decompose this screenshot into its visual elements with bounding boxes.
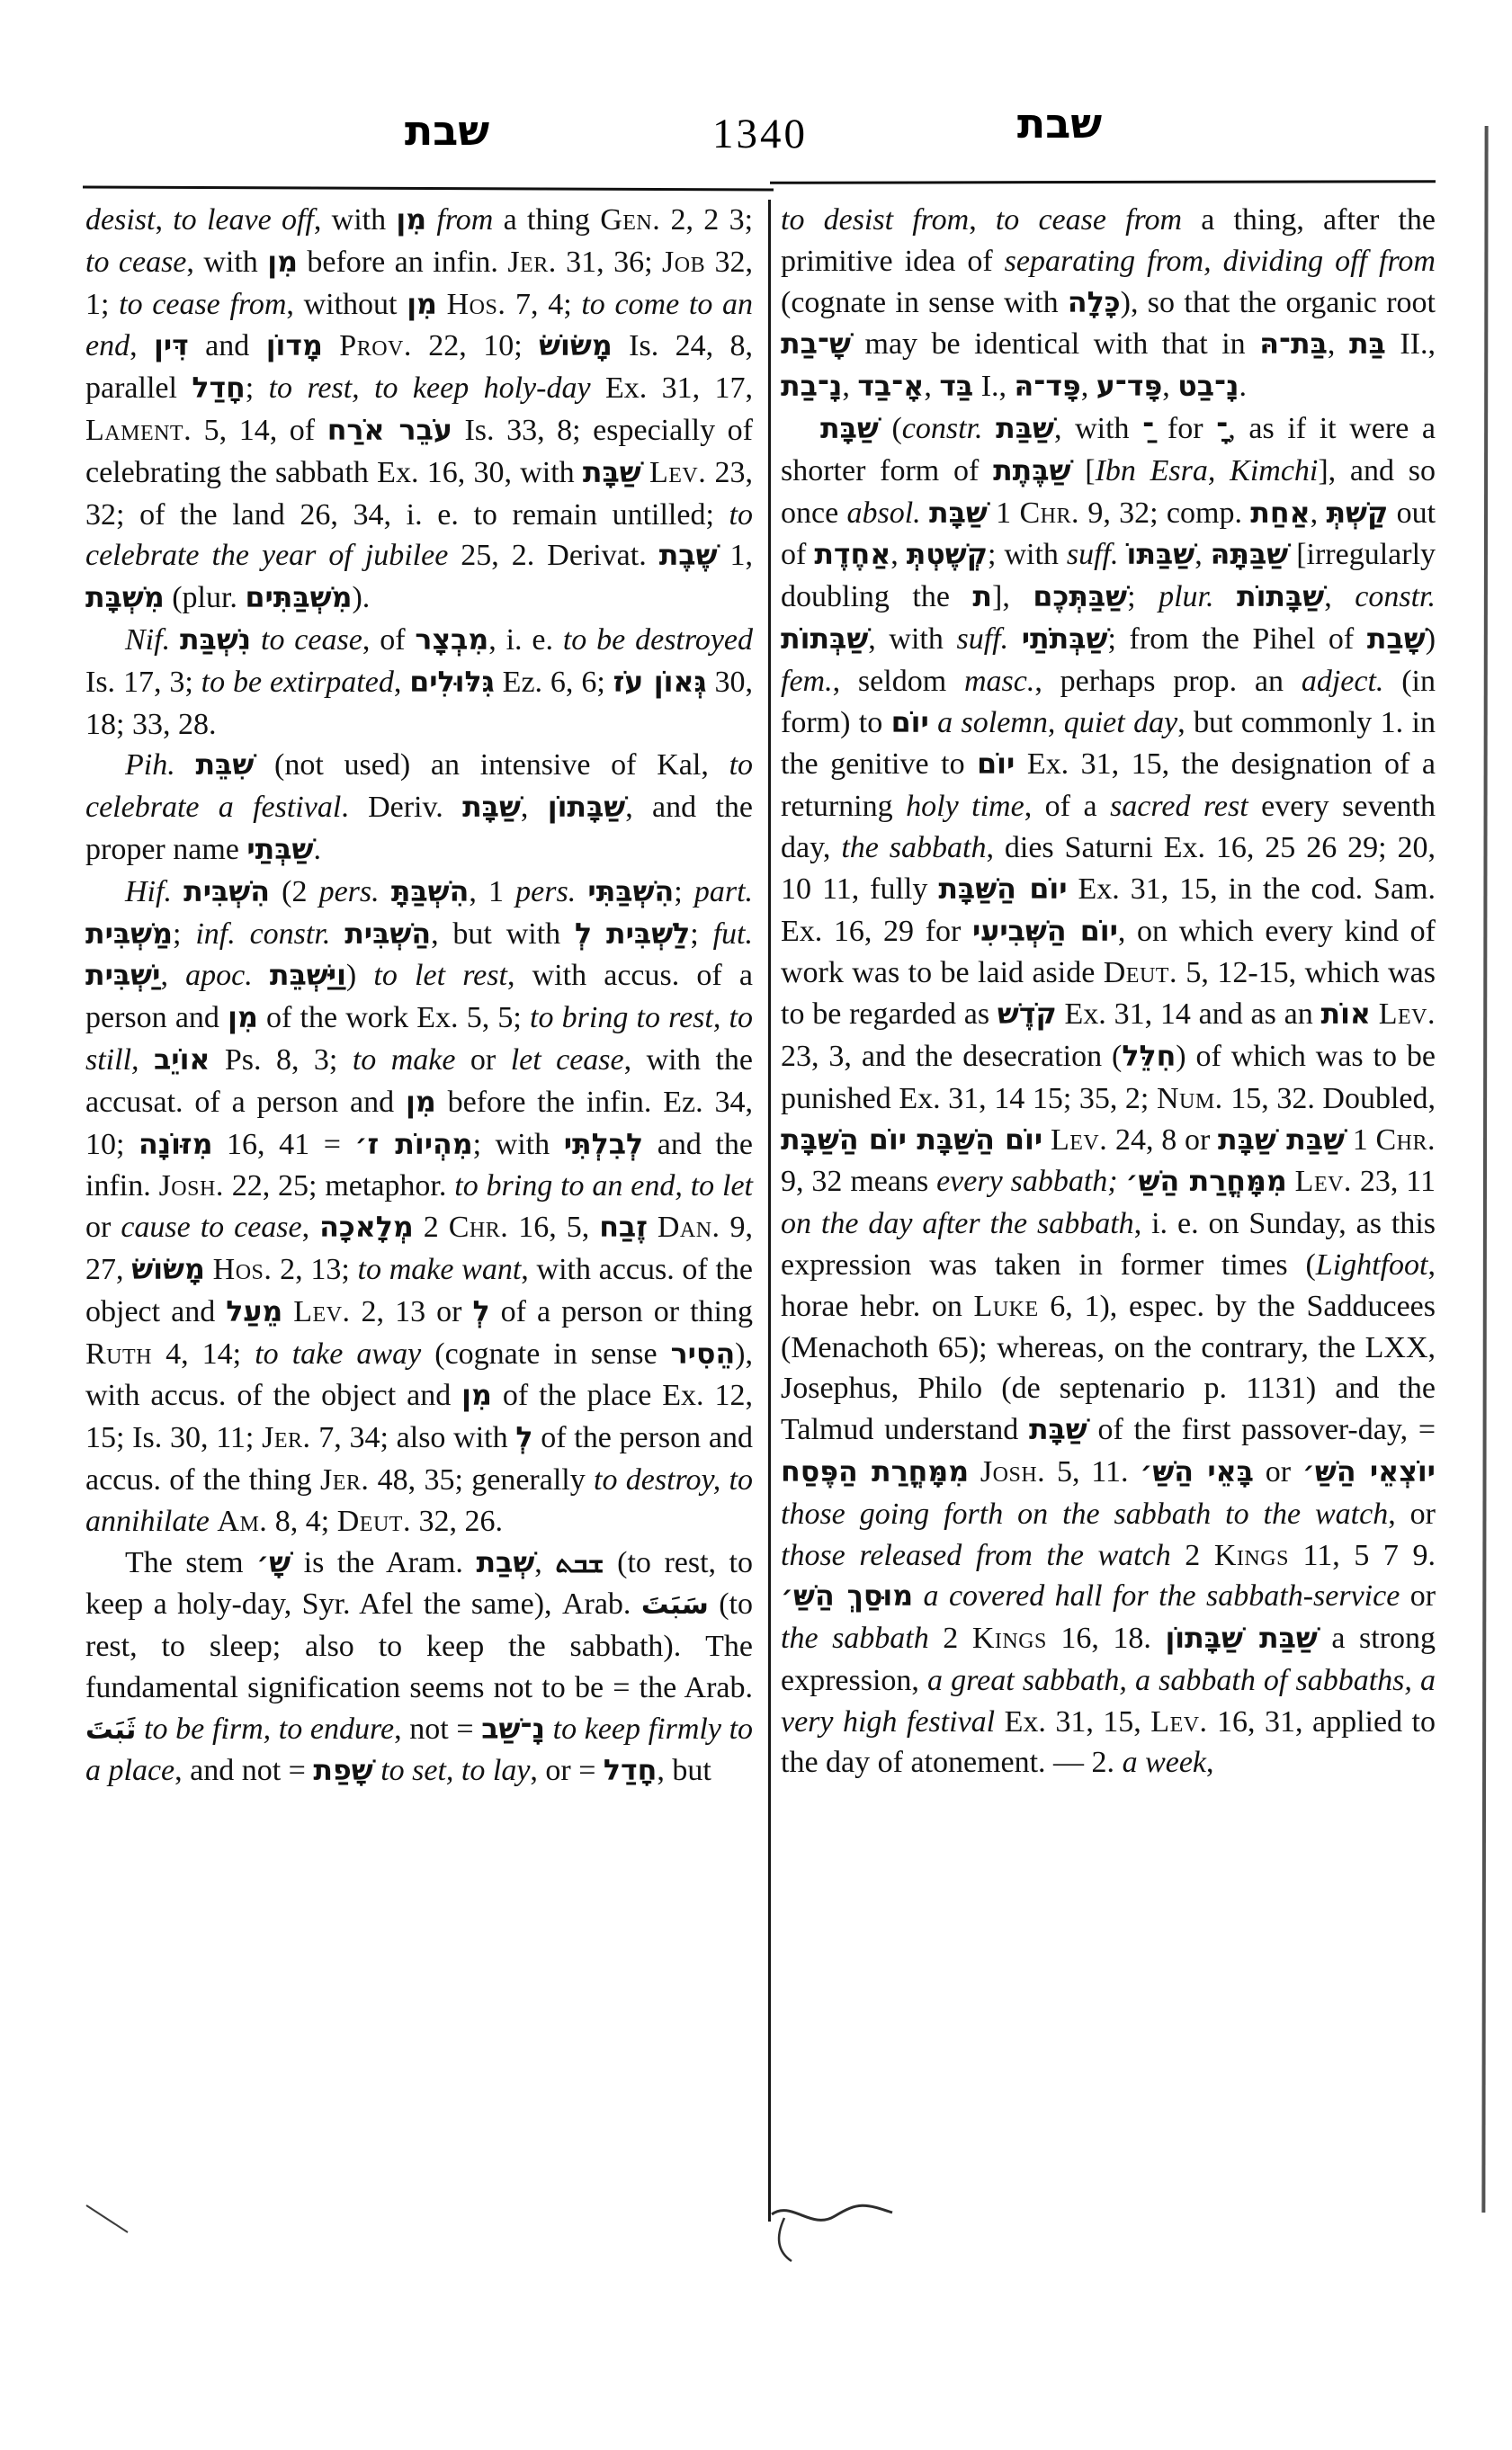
right-running-head-hebrew: שבת: [1017, 99, 1102, 148]
right-column: to desist from, to cease from a thing, a…: [781, 200, 1436, 1784]
left-running-head-hebrew: שבת: [405, 106, 489, 155]
scan-edge-artifact: [1481, 126, 1488, 2213]
left-column: desist, to leave off, with מִן from a th…: [85, 200, 753, 1793]
header-rule-right: [770, 180, 1436, 184]
paragraph: Pih. שִׁבֵּת (not used) an intensive of …: [85, 745, 753, 871]
column-divider-rule: [768, 200, 771, 2222]
paragraph: שַׁבָּת (constr. שַׁבַּת, with ־ַ for ־ָ…: [781, 408, 1436, 1784]
paragraph: Hif. הִשְׁבִּית (2 pers. הִשְׁבַּתָּ, 1 …: [85, 872, 753, 1542]
paragraph: to desist from, to cease from a thing, a…: [781, 200, 1436, 408]
lexicon-page: שבת 1340 שבת desist, to leave off, with …: [0, 0, 1512, 2450]
paragraph: The stem שָׁ׳ is the Aram. שְׁבַת, ܫܒܬ (…: [85, 1542, 753, 1793]
paragraph: desist, to leave off, with מִן from a th…: [85, 200, 753, 620]
header-rule-left: [83, 186, 774, 192]
page-number: 1340: [712, 110, 808, 158]
paragraph: Nif. נִשְׁבַּת to cease, of מִבְצָר, i. …: [85, 620, 753, 745]
